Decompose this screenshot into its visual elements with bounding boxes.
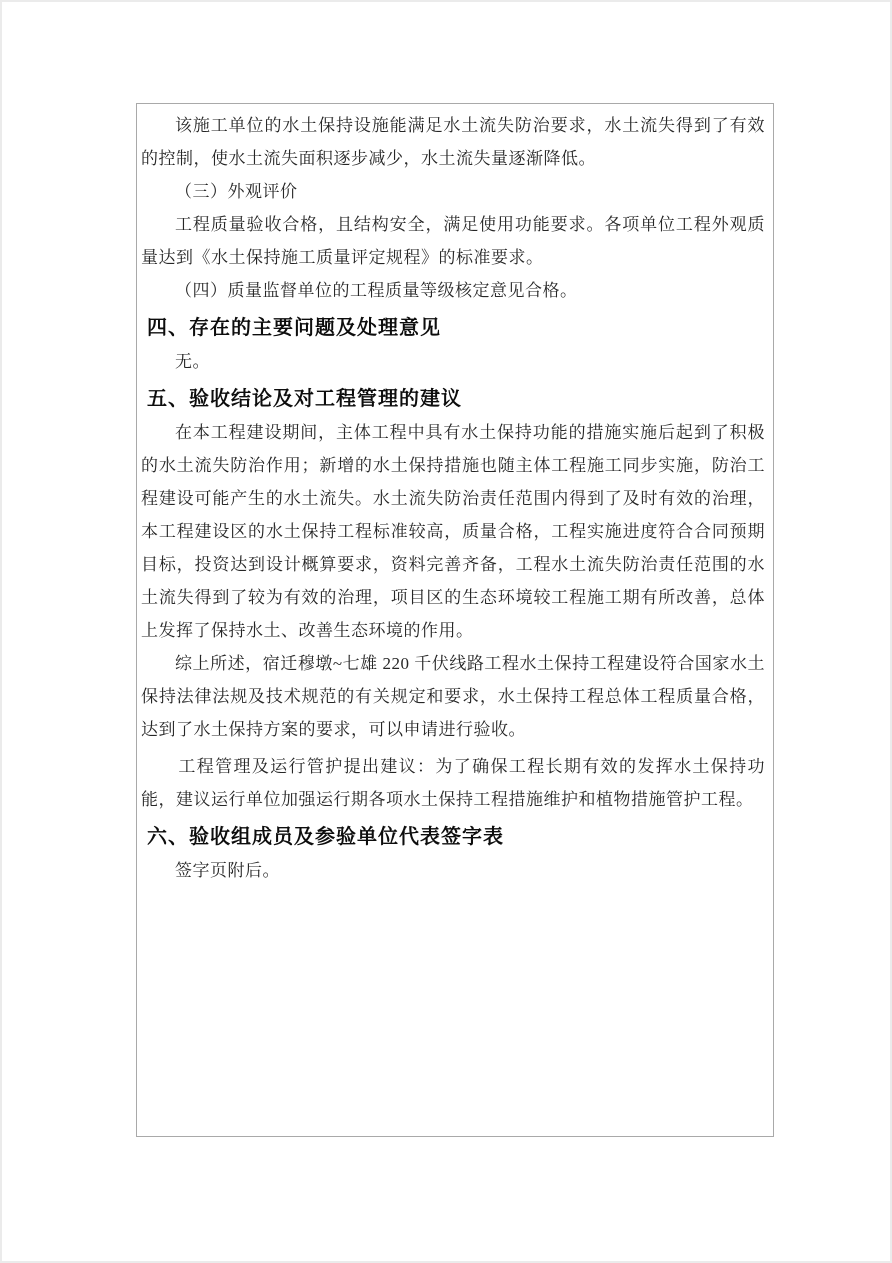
paragraph-none: 无。 [141, 345, 765, 378]
paragraph-construction-unit-evaluation: 该施工单位的水土保持设施能满足水土流失防治要求，水土流失得到了有效的控制，使水土… [141, 109, 765, 175]
paragraph-signature-page-attached: 签字页附后。 [141, 854, 765, 887]
section-heading-six-signature-sheet: 六、验收组成员及参验单位代表签字表 [147, 822, 765, 853]
paragraph-management-suggestion: 工程管理及运行管护提出建议：为了确保工程长期有效的发挥水土保持功能，建议运行单位… [141, 750, 765, 816]
subheading-appearance-evaluation: （三）外观评价 [141, 175, 765, 208]
section-heading-five-acceptance-conclusion: 五、验收结论及对工程管理的建议 [147, 384, 765, 415]
paragraph-summary-statement: 综上所述，宿迁穆墩~七雄 220 千伏线路工程水土保持工程建设符合国家水土保持法… [141, 647, 765, 746]
paragraph-conclusion-body: 在本工程建设期间，主体工程中具有水土保持功能的措施实施后起到了积极的水土流失防治… [141, 416, 765, 647]
section-heading-four-main-problems: 四、存在的主要问题及处理意见 [147, 313, 765, 344]
paragraph-quality-acceptance: 工程质量验收合格，且结构安全，满足使用功能要求。各项单位工程外观质 量达到《水土… [141, 208, 765, 274]
subheading-supervision-unit-opinion: （四）质量监督单位的工程质量等级核定意见合格。 [141, 274, 765, 307]
report-table-cell: 该施工单位的水土保持设施能满足水土流失防治要求，水土流失得到了有效的控制，使水土… [136, 103, 774, 1137]
document-page: 该施工单位的水土保持设施能满足水土流失防治要求，水土流失得到了有效的控制，使水土… [0, 0, 892, 1263]
